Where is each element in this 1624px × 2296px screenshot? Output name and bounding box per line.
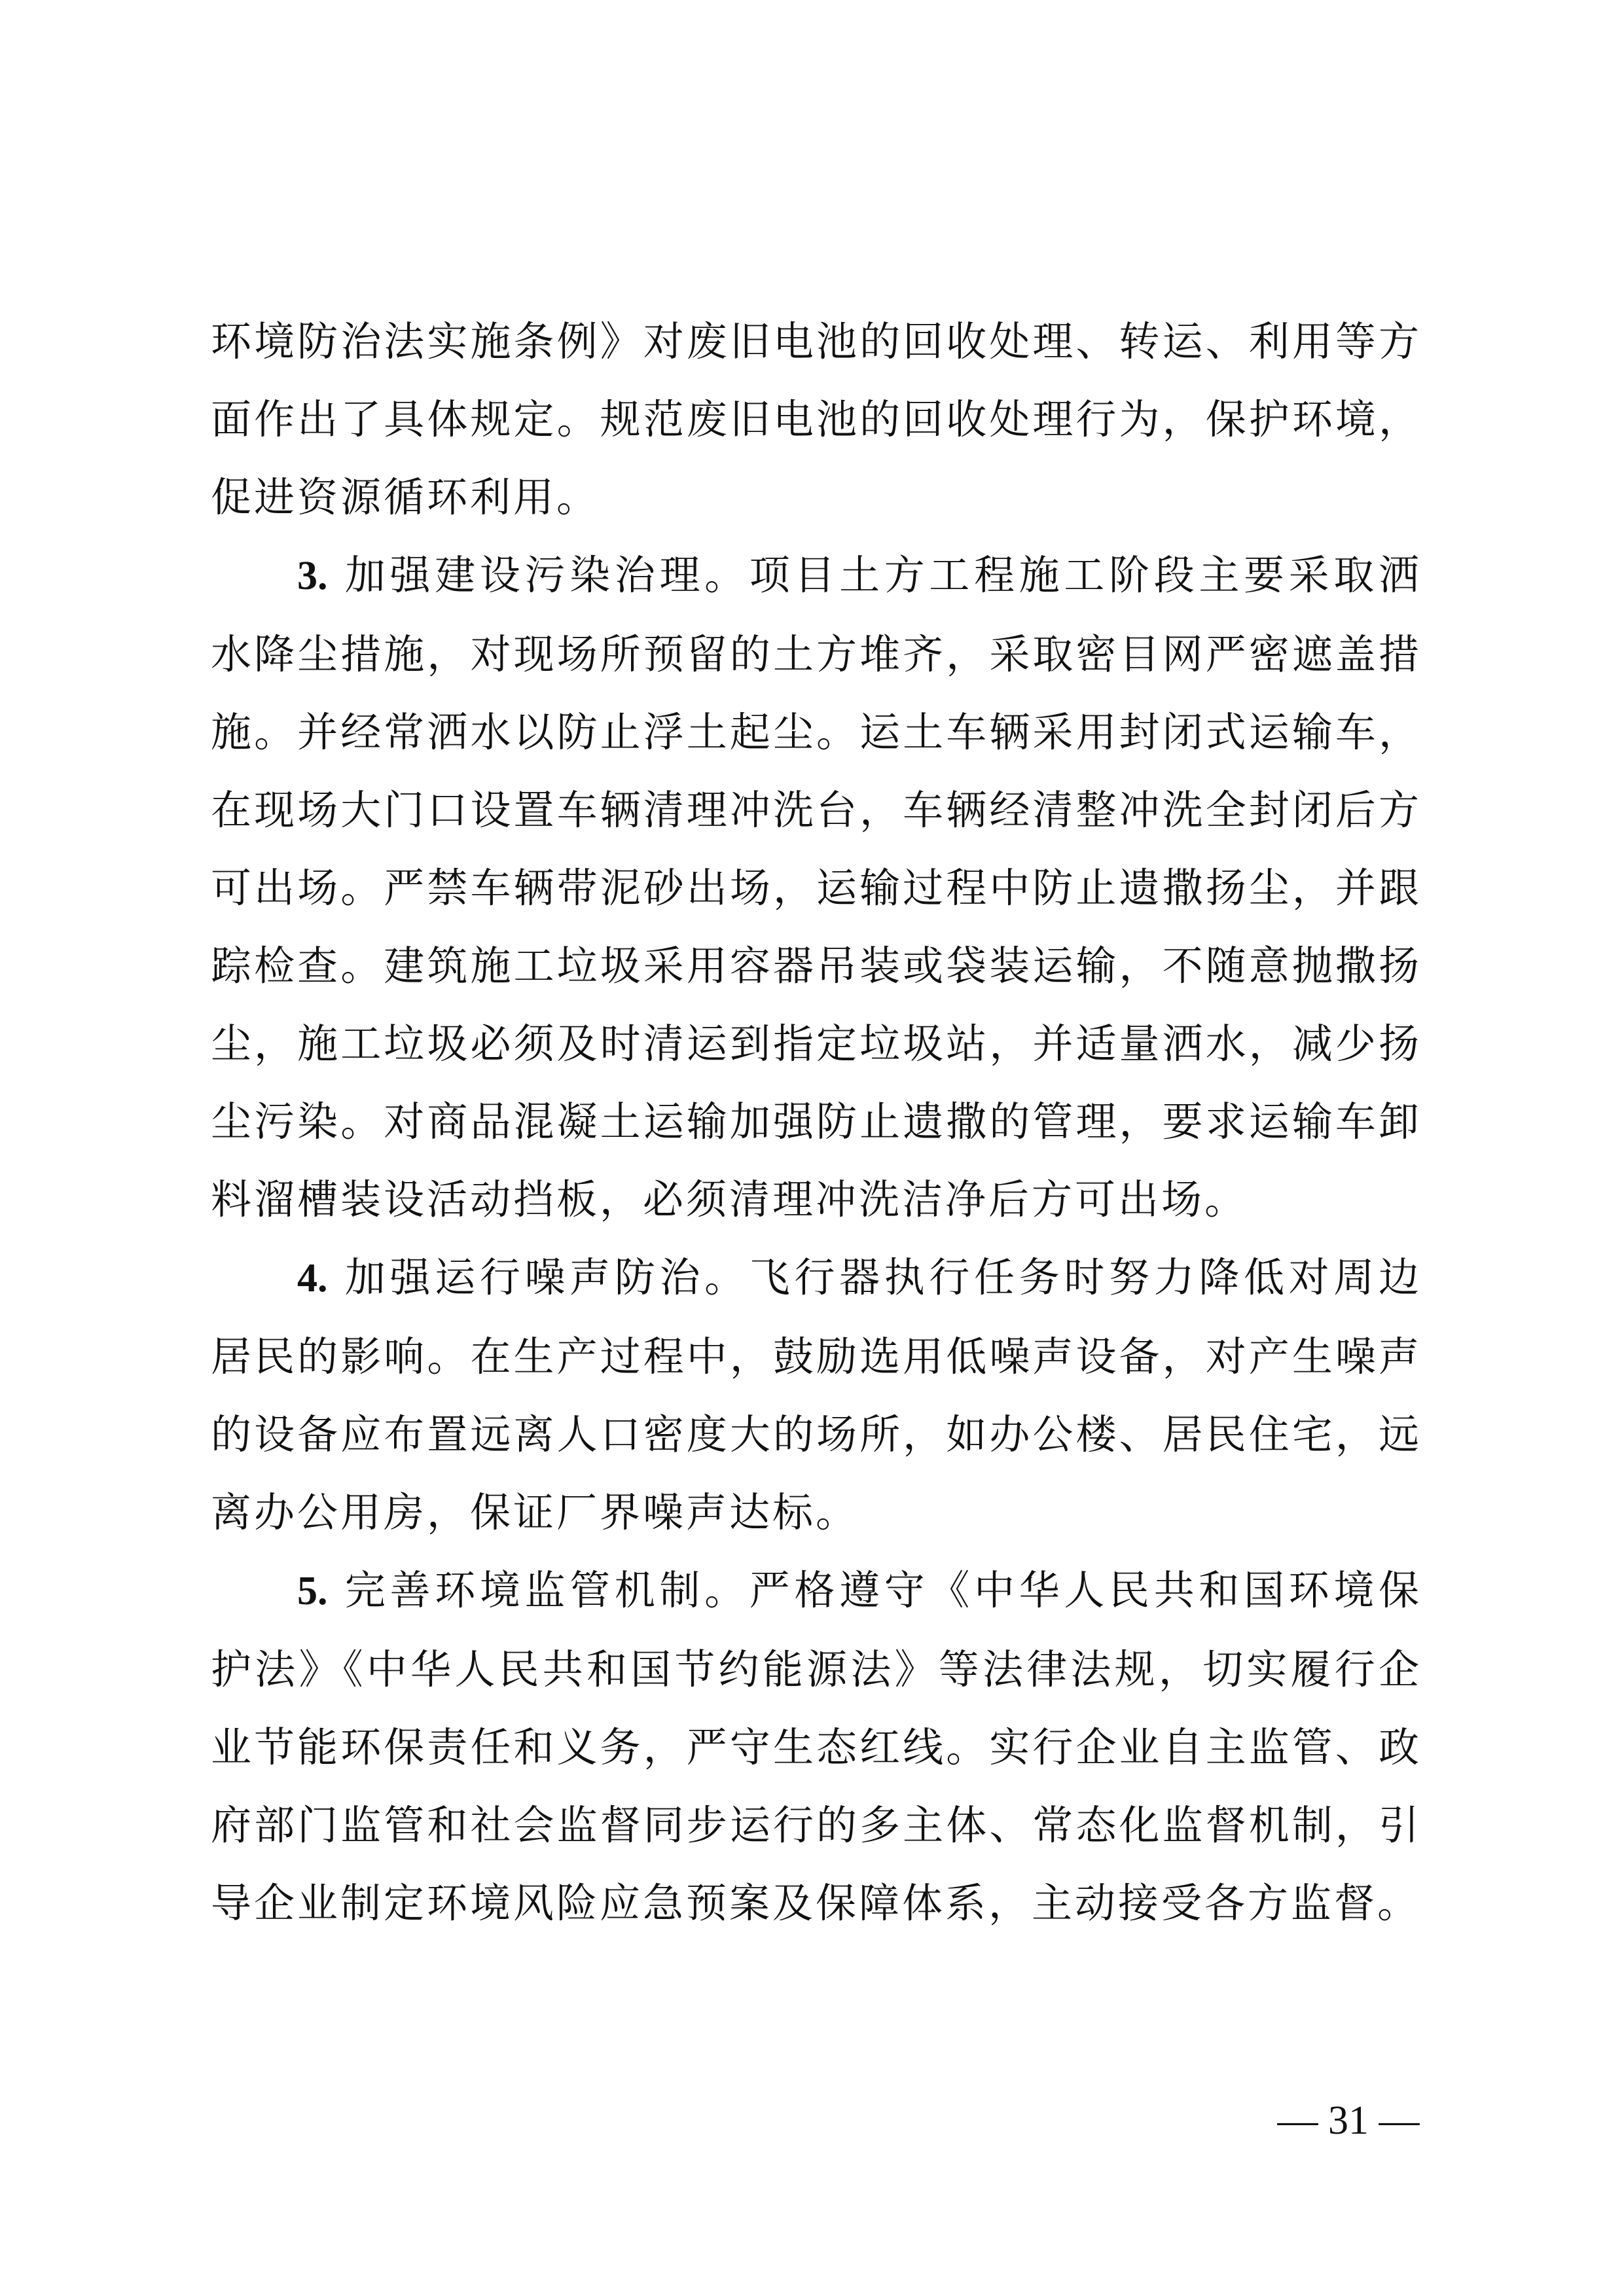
item-number: 3. <box>297 554 328 598</box>
item-number: 5. <box>297 1569 328 1613</box>
paragraph-text: 加强建设污染治理。项目土方工程施工阶段主要采取洒水降尘措施，对现场所预留的土方堆… <box>211 551 1422 1223</box>
paragraph-item-3: 3. 加强建设污染治理。项目土方工程施工阶段主要采取洒水降尘措施，对现场所预留的… <box>211 536 1422 1238</box>
paragraph-continuation: 环境防治法实施条例》对废旧电池的回收处理、转运、利用等方面作出了具体规定。规范废… <box>211 302 1422 536</box>
paragraph-text: 完善环境监管机制。严格遵守《中华人民共和国环境保护法》《中华人民共和国节约能源法… <box>211 1566 1422 1927</box>
paragraph-item-4: 4. 加强运行噪声防治。飞行器执行任务时努力降低对周边居民的影响。在生产过程中，… <box>211 1238 1422 1551</box>
paragraph-item-5: 5. 完善环境监管机制。严格遵守《中华人民共和国环境保护法》《中华人民共和国节约… <box>211 1551 1422 1942</box>
document-body: 环境防治法实施条例》对废旧电池的回收处理、转运、利用等方面作出了具体规定。规范废… <box>211 302 1422 1942</box>
paragraph-text: 加强运行噪声防治。飞行器执行任务时努力降低对周边居民的影响。在生产过程中，鼓励选… <box>211 1253 1422 1536</box>
item-number: 4. <box>297 1256 328 1300</box>
page-number: — 31 — <box>1263 2094 1434 2147</box>
paragraph-text: 环境防治法实施条例》对废旧电池的回收处理、转运、利用等方面作出了具体规定。规范废… <box>211 317 1422 521</box>
